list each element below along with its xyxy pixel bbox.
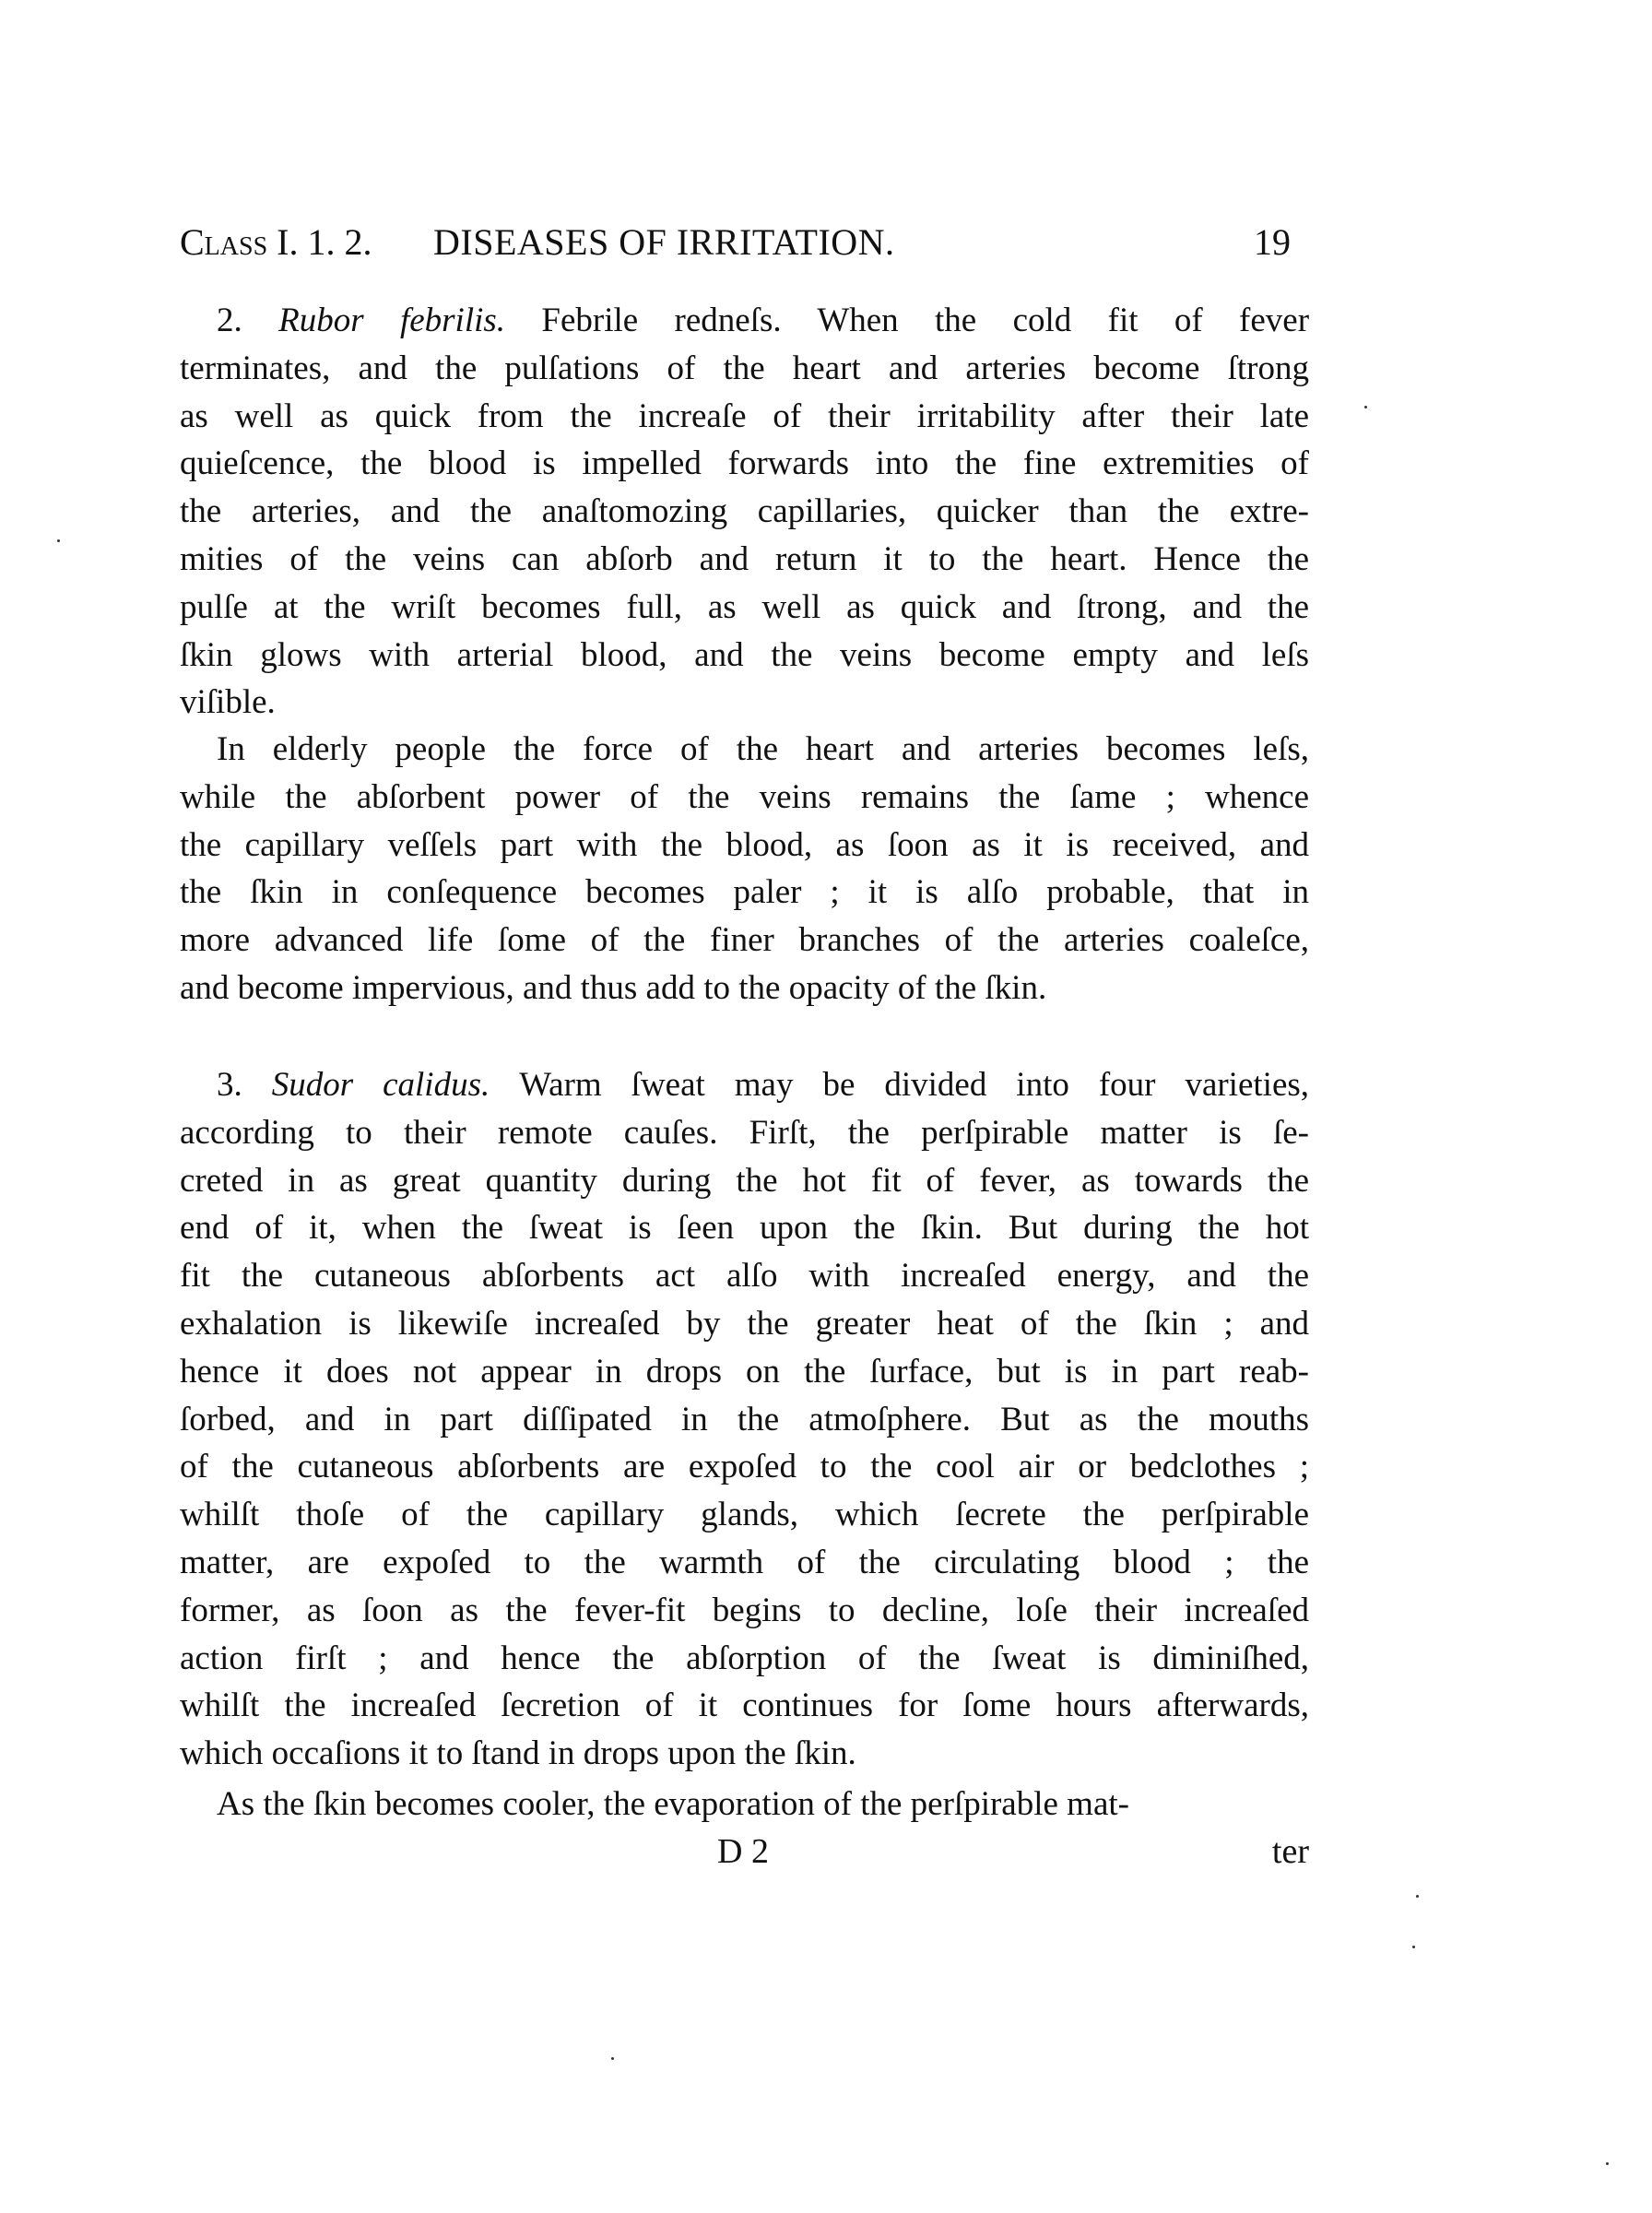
scan-speck xyxy=(1606,2162,1609,2165)
text-line: the capillary veſſels part with the bloo… xyxy=(180,822,1309,870)
running-head-title: DISEASES OF IRRITATION. xyxy=(433,219,895,266)
scan-speck xyxy=(1364,406,1367,408)
text-line: viſible. xyxy=(180,679,1309,727)
text-line: the arteries, and the anaſtomozing capil… xyxy=(180,488,1309,536)
scan-speck xyxy=(57,539,60,542)
text-line: as well as quick from the increaſe of th… xyxy=(180,393,1309,441)
printer-signature: D 2 xyxy=(717,1828,769,1876)
text-line: terminates, and the pulſations of the he… xyxy=(180,345,1309,393)
text-line: 2. Rubor febrilis. Febrile redneſs. When… xyxy=(180,297,1309,345)
text-line: In elderly people the force of the heart… xyxy=(180,726,1309,774)
text-line: hence it does not appear in drops on the… xyxy=(180,1348,1309,1396)
text-line: exhalation is likewiſe increaſed by the … xyxy=(180,1300,1309,1348)
text-line: the ſkin in conſequence becomes paler ; … xyxy=(180,869,1309,917)
scan-speck xyxy=(611,2057,614,2060)
line-text: Warm ſweat may be divided into four vari… xyxy=(519,1066,1309,1104)
text-line: ſkin glows with arterial blood, and the … xyxy=(180,632,1309,680)
section-number: 2. xyxy=(217,302,278,339)
text-line: end of it, when the ſweat is ſeen upon t… xyxy=(180,1204,1309,1252)
text-line: creted in as great quantity during the h… xyxy=(180,1157,1309,1205)
scan-speck xyxy=(1412,1946,1415,1948)
text-line: which occaſions it to ſtand in drops upo… xyxy=(180,1730,1309,1778)
text-line: matter, are expoſed to the warmth of the… xyxy=(180,1539,1309,1587)
text-line: mities of the veins can abſorb and retur… xyxy=(180,536,1309,584)
catchword: ter xyxy=(1272,1828,1309,1876)
section-heading: Rubor febrilis. xyxy=(278,302,541,339)
text-line: fit the cutaneous abſorbents act alſo wi… xyxy=(180,1252,1309,1300)
scan-speck xyxy=(1416,1895,1419,1898)
running-head-class: Class I. 1. 2. xyxy=(180,219,372,266)
text-line: more advanced life ſome of the finer bra… xyxy=(180,917,1309,964)
text-line: according to their remote cauſes. Firſt,… xyxy=(180,1109,1309,1157)
text-line: 3. Sudor calidus. Warm ſweat may be divi… xyxy=(180,1061,1309,1109)
section-heading: Sudor calidus. xyxy=(272,1066,519,1104)
text-line: former, as ſoon as the fever-fit begins … xyxy=(180,1587,1309,1635)
text-line: and become impervious, and thus add to t… xyxy=(180,964,1309,1012)
text-line: whilſt the increaſed ſecretion of it con… xyxy=(180,1682,1309,1730)
text-line: of the cutaneous abſorbents are expoſed … xyxy=(180,1443,1309,1491)
text-line: while the abſorbent power of the veins r… xyxy=(180,774,1309,822)
page-number: 19 xyxy=(1254,219,1291,266)
text-line: pulſe at the wriſt becomes full, as well… xyxy=(180,584,1309,632)
section-number: 3. xyxy=(217,1066,272,1104)
text-line: ſorbed, and in part diſſipated in the at… xyxy=(180,1396,1309,1444)
text-line: whilſt thoſe of the capillary glands, wh… xyxy=(180,1491,1309,1539)
running-head: Class I. 1. 2. DISEASES OF IRRITATION. 1… xyxy=(180,219,1309,266)
text-line: action firſt ; and hence the abſorption … xyxy=(180,1635,1309,1683)
text-line: As the ſkin becomes cooler, the evaporat… xyxy=(180,1781,1309,1828)
line-text: Febrile redneſs. When the cold fit of fe… xyxy=(541,302,1309,339)
text-line: quieſcence, the blood is impelled forwar… xyxy=(180,440,1309,488)
